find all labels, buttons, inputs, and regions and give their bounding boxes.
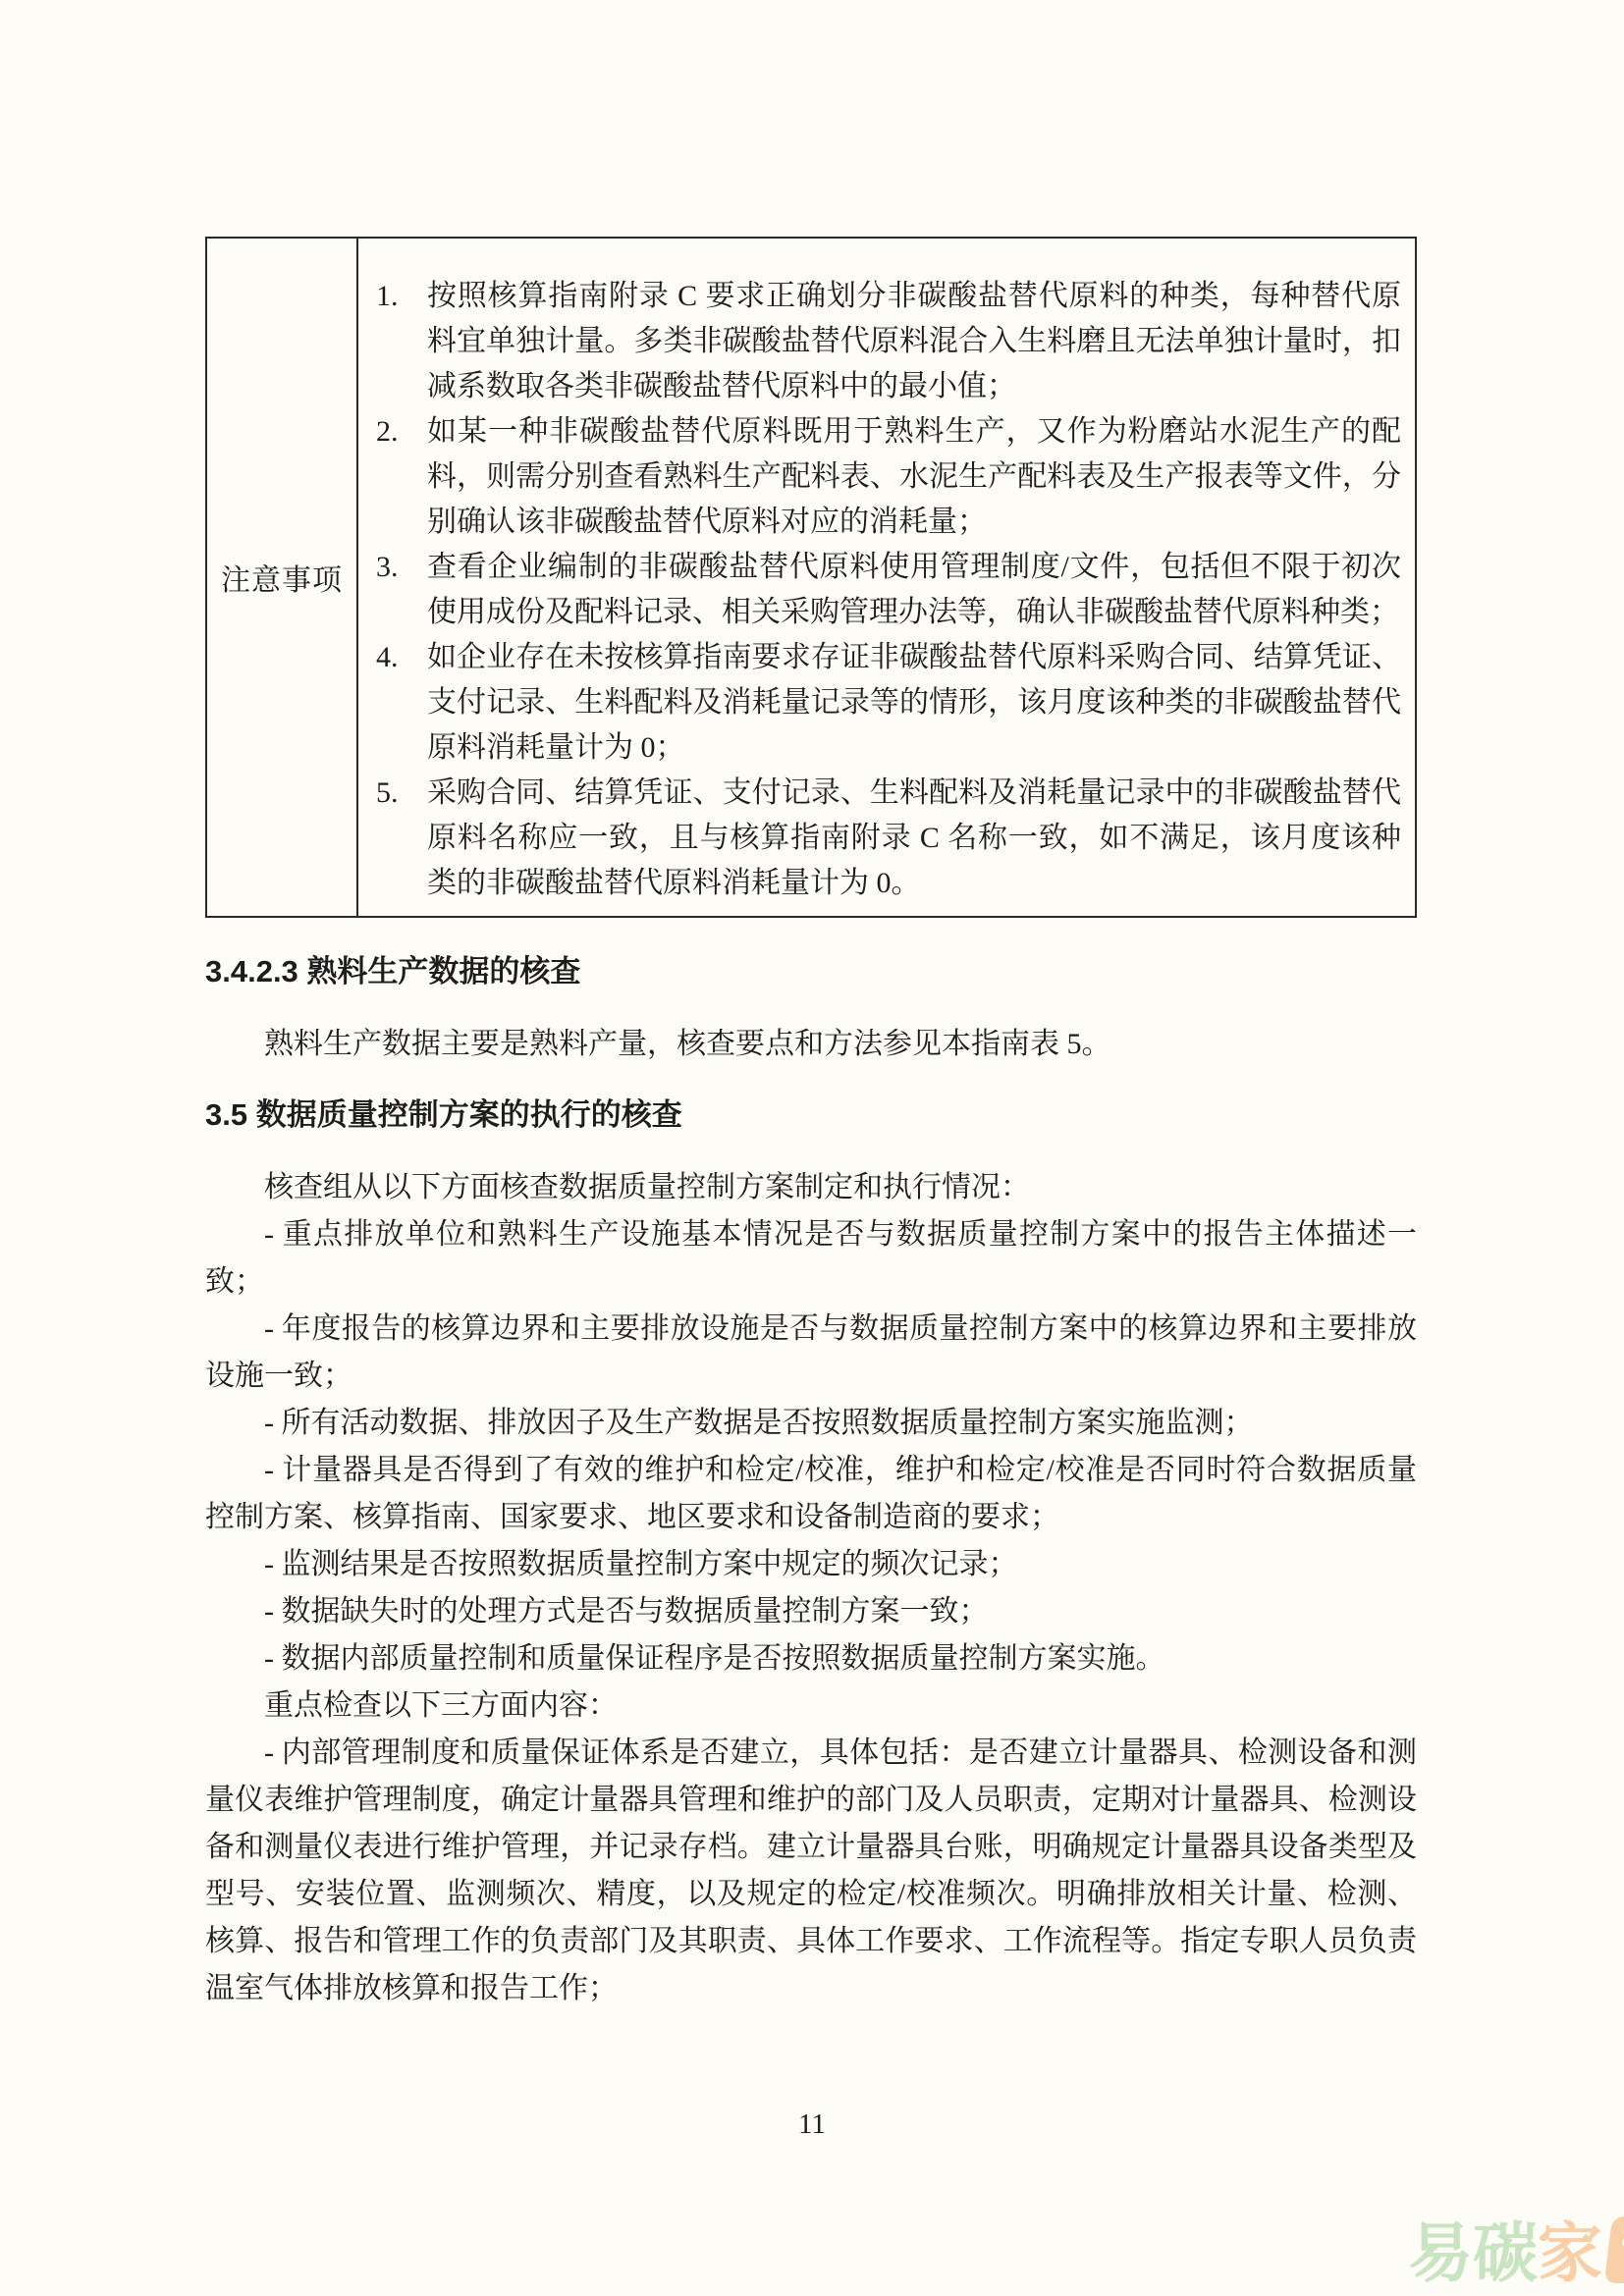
watermark-domain-tld: .com: [1617, 2252, 1624, 2275]
watermark-brand-green: 易碳: [1408, 2218, 1538, 2287]
note-item-number: 5.: [368, 771, 427, 906]
note-item-number: 1.: [368, 274, 427, 409]
note-item-text: 采购合同、结算凭证、支付记录、生料配料及消耗量记录中的非碳酸盐替代原料名称应一致…: [427, 771, 1401, 906]
note-item-2: 2. 如某一种非碳酸盐替代原料既用于熟料生产，又作为粉磨站水泥生产的配料，则需分…: [368, 409, 1401, 545]
note-item-number: 3.: [368, 545, 427, 635]
body-paragraph: - 计量器具是否得到了有效的维护和检定/校准，维护和检定/校准是否同时符合数据质…: [205, 1447, 1417, 1541]
section-3423-paragraph: 熟料生产数据主要是熟料产量，核查要点和方法参见本指南表 5。: [205, 1021, 1417, 1068]
notes-table-label: 注意事项: [221, 556, 343, 599]
page-number: 11: [0, 2109, 1624, 2141]
note-item-text: 按照核算指南附录 C 要求正确划分非碳酸盐替代原料的种类，每种替代原料宜单独计量…: [427, 274, 1401, 409]
body-paragraph: 核查组从以下方面核查数据质量控制方案制定和执行情况：: [205, 1164, 1417, 1211]
body-paragraph: 重点检查以下三方面内容：: [205, 1682, 1417, 1730]
note-item-number: 4.: [368, 635, 427, 771]
note-item-number: 2.: [368, 409, 427, 545]
body-paragraph: - 数据内部质量控制和质量保证程序是否按照数据质量控制方案实施。: [205, 1635, 1417, 1682]
note-item-text: 查看企业编制的非碳酸盐替代原料使用管理制度/文件，包括但不限于初次使用成份及配料…: [427, 545, 1401, 635]
section-heading-35: 3.5 数据质量控制方案的执行的核查: [205, 1095, 1417, 1135]
body-paragraph: - 所有活动数据、排放因子及生产数据是否按照数据质量控制方案实施监测；: [205, 1400, 1417, 1447]
watermark-domain-badge: tanjiaoyi .com: [1604, 2216, 1624, 2283]
note-item-4: 4. 如企业存在未按核算指南要求存证非碳酸盐替代原料采购合同、结算凭证、支付记录…: [368, 635, 1401, 771]
section-35-body: 核查组从以下方面核查数据质量控制方案制定和执行情况： - 重点排放单位和熟料生产…: [205, 1164, 1417, 2012]
watermark-logo: 易碳 家 tanjiaoyi .com: [1408, 2216, 1624, 2287]
body-paragraph: - 年度报告的核算边界和主要排放设施是否与数据质量控制方案中的核算边界和主要排放…: [205, 1306, 1417, 1400]
note-item-1: 1. 按照核算指南附录 C 要求正确划分非碳酸盐替代原料的种类，每种替代原料宜单…: [368, 274, 1401, 409]
body-paragraph: - 内部管理制度和质量保证体系是否建立，具体包括：是否建立计量器具、检测设备和测…: [205, 1730, 1417, 2012]
section-heading-3423: 3.4.2.3 熟料生产数据的核查: [205, 952, 1417, 991]
note-item-3: 3. 查看企业编制的非碳酸盐替代原料使用管理制度/文件，包括但不限于初次使用成份…: [368, 545, 1401, 635]
note-item-text: 如某一种非碳酸盐替代原料既用于熟料生产，又作为粉磨站水泥生产的配料，则需分别查看…: [427, 409, 1401, 545]
body-paragraph: - 监测结果是否按照数据质量控制方案中规定的频次记录；: [205, 1541, 1417, 1588]
watermark-brand-orange: 家: [1538, 2218, 1602, 2287]
note-item-5: 5. 采购合同、结算凭证、支付记录、生料配料及消耗量记录中的非碳酸盐替代原料名称…: [368, 771, 1401, 906]
body-paragraph: - 重点排放单位和熟料生产设施基本情况是否与数据质量控制方案中的报告主体描述一致…: [205, 1211, 1417, 1306]
notes-table-content-cell: 1. 按照核算指南附录 C 要求正确划分非碳酸盐替代原料的种类，每种替代原料宜单…: [358, 239, 1415, 916]
body-paragraph: - 数据缺失时的处理方式是否与数据质量控制方案一致；: [205, 1588, 1417, 1635]
notes-table-label-cell: 注意事项: [207, 239, 358, 916]
note-item-text: 如企业存在未按核算指南要求存证非碳酸盐替代原料采购合同、结算凭证、支付记录、生料…: [427, 635, 1401, 771]
watermark-domain-name: tanjiaoyi: [1620, 2222, 1624, 2252]
notes-table: 注意事项 1. 按照核算指南附录 C 要求正确划分非碳酸盐替代原料的种类，每种替…: [205, 237, 1417, 918]
